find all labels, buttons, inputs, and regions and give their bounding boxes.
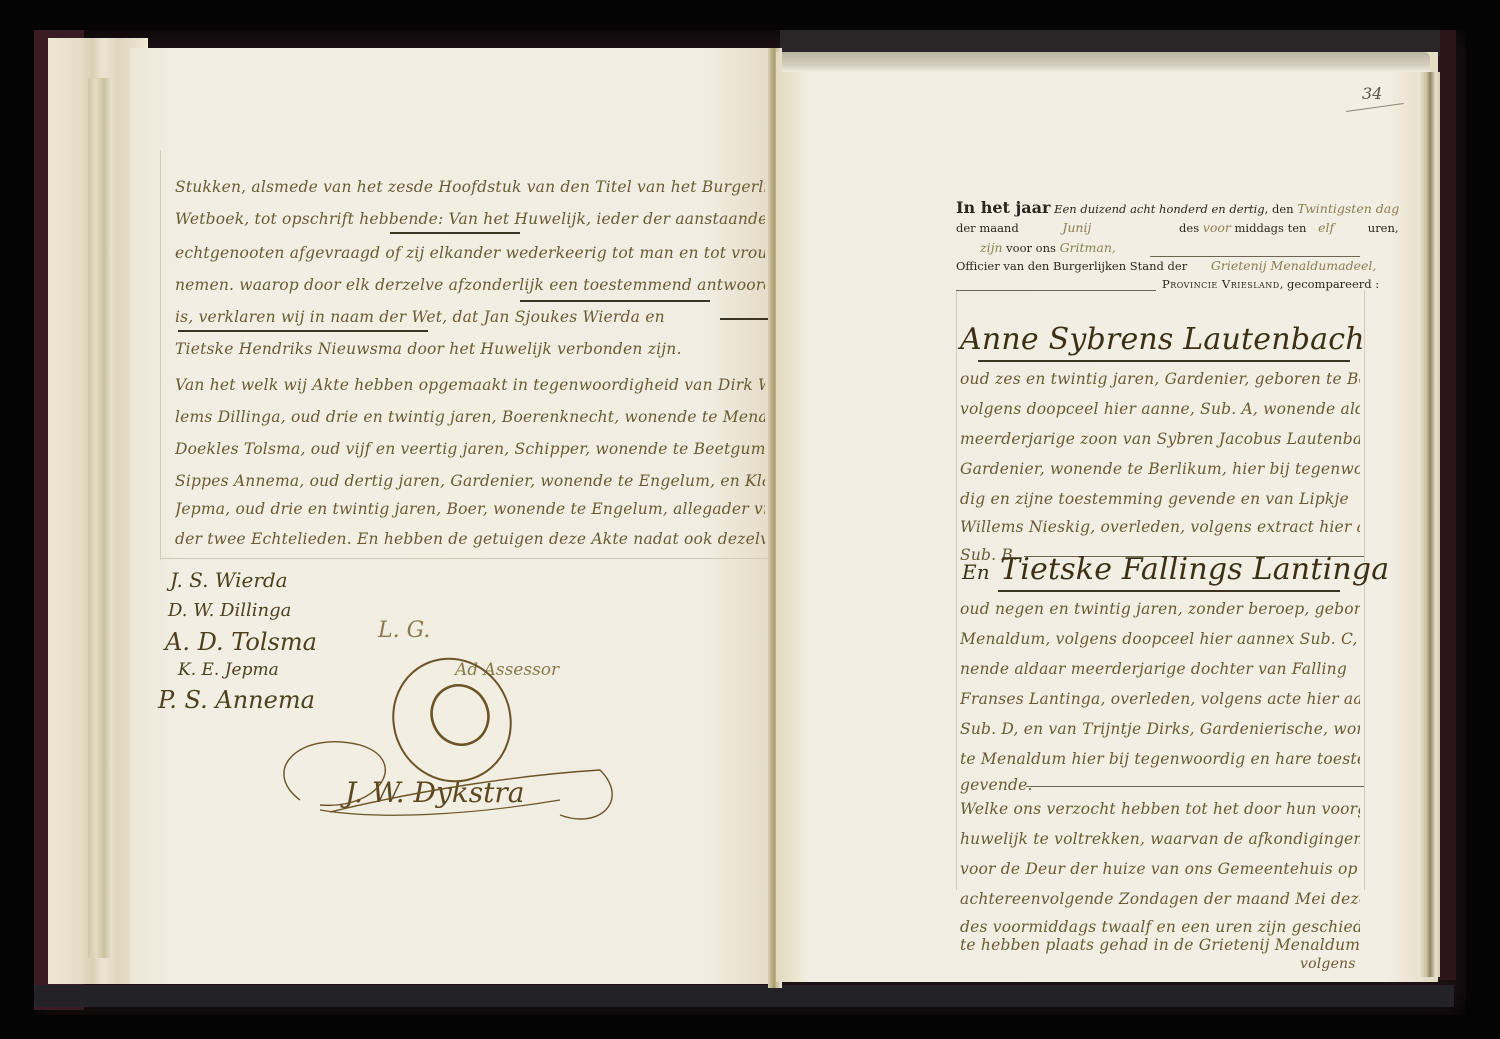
fill-month: Junij — [1062, 220, 1091, 235]
groom-line: Gardenier, wonende te Berlikum, hier bij… — [960, 460, 1360, 478]
groom-line: dig en zijne toestemming gevende en van … — [960, 490, 1360, 508]
signature: K. E. Jepma — [178, 660, 279, 680]
header-rule-3 — [1150, 256, 1360, 257]
underline-van-het-huwelijk — [390, 232, 520, 234]
left-line: Van het welk wij Akte hebben opgemaakt i… — [175, 376, 765, 394]
closing-line: voor de Deur der huize van ons Gemeenteh… — [960, 860, 1360, 878]
left-line: Stukken, alsmede van het zesde Hoofdstuk… — [175, 178, 765, 196]
catchword: volgens — [1300, 956, 1356, 972]
header-officer-label: Officier van den Burgerlijken Stand der — [956, 259, 1187, 273]
assessor-label: Ad Assessor — [455, 660, 559, 680]
bride-name-underline — [998, 590, 1340, 592]
bride-prefix: En — [962, 560, 990, 584]
header-den: , den — [1265, 202, 1294, 216]
fill-municipality: Grietenij Menaldumadeel, — [1211, 258, 1377, 273]
left-line: der twee Echtelieden. En hebben de getui… — [175, 530, 765, 548]
underline-groom-left — [520, 300, 710, 302]
bride-line: gevende. — [960, 776, 1360, 794]
right-border-line — [1364, 290, 1365, 890]
header-des: des — [1179, 221, 1199, 235]
header-rule-5 — [956, 290, 1156, 291]
left-line: Wetboek, tot opschrift hebbende: Van het… — [175, 210, 765, 228]
fill-official: Gritman, — [1060, 240, 1116, 255]
header-gecompareerd: , gecompareerd : — [1280, 277, 1379, 291]
groom-line: oud zes en twintig jaren, Gardenier, geb… — [960, 370, 1360, 388]
right-page-edge — [1418, 72, 1440, 977]
left-line: echtgenooten afgevraagd of zij elkander … — [175, 244, 765, 262]
header-line-4: Officier van den Burgerlijken Stand der … — [956, 258, 1376, 273]
line-fill-right — [720, 318, 768, 320]
closing-line: des voormiddags twaalf en een uren zijn … — [960, 918, 1360, 936]
fill-time: voor — [1203, 220, 1231, 235]
bride-line: nende aldaar meerderjarige dochter van F… — [960, 660, 1360, 678]
fill-zijn: zijn — [980, 240, 1003, 255]
left-line: nemen. waarop door elk derzelve afzonder… — [175, 276, 765, 294]
signature: P. S. Annema — [158, 686, 315, 714]
closing-line: achtereenvolgende Zondagen der maand Mei… — [960, 890, 1360, 908]
left-line: Jepma, oud drie en twintig jaren, Boer, … — [175, 500, 765, 518]
header-uren: uren, — [1368, 221, 1399, 235]
header-middags: middags ten — [1235, 221, 1307, 235]
left-line: Tietske Hendriks Nieuwsma door het Huwel… — [175, 340, 765, 358]
underline-bride-left — [178, 330, 428, 332]
groom-line: volgens doopceel hier aanne, Sub. A, won… — [960, 400, 1360, 418]
groom-name: Anne Sybrens Lautenbach — [960, 322, 1365, 357]
header-voor-ons: voor ons — [1006, 241, 1056, 255]
signature: J. S. Wierda — [170, 568, 288, 592]
bride-line: Sub. D, en van Trijntje Dirks, Gardenier… — [960, 720, 1360, 738]
page-number: 34 — [1362, 84, 1382, 103]
closing-line-last: te hebben plaats gehad in de Grietenij M… — [960, 936, 1360, 954]
bride-line: oud negen en twintig jaren, zonder beroe… — [960, 600, 1360, 618]
header-line-5: Provincie Vriesland, gecompareerd : — [1162, 277, 1379, 291]
header-line-2: der maand Junij des voor middags ten elf… — [956, 220, 1399, 235]
officer-signature: J. W. Dykstra — [345, 776, 524, 809]
initials-mark: L. G. — [378, 618, 430, 643]
bride-end-rule — [1026, 786, 1364, 787]
closing-line: huwelijk te voltrekken, waarvan de afkon… — [960, 830, 1360, 848]
groom-name-underline — [978, 360, 1350, 362]
right-top-band — [782, 52, 1430, 72]
left-margin-line — [160, 150, 161, 560]
left-line: is, verklaren wij in naam der Wet, dat J… — [175, 308, 765, 326]
header-month-label: der maand — [956, 221, 1019, 235]
closing-line: Welke ons verzocht hebben tot het door h… — [960, 800, 1360, 818]
groom-line: Willems Nieskig, overleden, volgens extr… — [960, 518, 1360, 536]
left-line: lems Dillinga, oud drie en twintig jaren… — [175, 408, 765, 426]
left-line: Sippes Annema, oud dertig jaren, Gardeni… — [175, 472, 765, 490]
fill-hour: elf — [1318, 220, 1334, 235]
signature: A. D. Tolsma — [165, 628, 317, 656]
cover-bottom — [34, 985, 1454, 1007]
bride-line: Franses Lantinga, overleden, volgens act… — [960, 690, 1360, 708]
bride-name: Tietske Fallings Lantinga — [1000, 552, 1389, 587]
left-line-text: Wetboek, tot opschrift hebbende: Van het… — [175, 210, 765, 228]
right-margin-line — [956, 290, 957, 890]
header-year: Een duizend acht honderd en dertig — [1054, 202, 1265, 216]
header-line-1: In het jaar Een duizend acht honderd en … — [956, 198, 1399, 217]
left-line: Doekles Tolsma, oud vijf en veertig jare… — [175, 440, 765, 458]
bride-line: Menaldum, volgens doopceel hier aannex S… — [960, 630, 1360, 648]
left-bottom-line — [160, 558, 780, 559]
header-province: Provincie Vriesland — [1162, 277, 1280, 291]
header-line-3: zijn voor ons Gritman, — [980, 240, 1116, 255]
bride-line: te Menaldum hier bij tegenwoordig en har… — [960, 750, 1360, 768]
signature: D. W. Dillinga — [168, 600, 291, 621]
groom-line: meerderjarige zoon van Sybren Jacobus La… — [960, 430, 1360, 448]
header-prefix: In het jaar — [956, 198, 1050, 217]
fill-day: Twintigsten dag — [1297, 201, 1399, 216]
